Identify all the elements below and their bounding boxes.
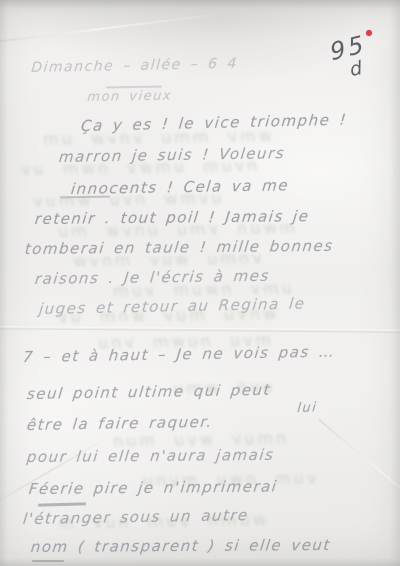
underline-stroke xyxy=(32,560,64,562)
paper-crease xyxy=(0,0,8,566)
letter-line: 7 – et à haut – Je ne vois pas … xyxy=(22,343,336,366)
paper-crease xyxy=(0,12,229,46)
letter-line-salutation: mon vieux xyxy=(87,89,173,106)
paper-crease xyxy=(0,0,400,16)
letter-line: être la faire raquer. xyxy=(26,413,214,434)
page-letter-annotation: d xyxy=(348,57,364,81)
red-dot-mark xyxy=(366,30,372,36)
paper-crease xyxy=(318,419,400,523)
letter-line: seul point ultime qui peut xyxy=(26,381,272,403)
paper-crease xyxy=(390,0,400,566)
letter-line-date: Dimanche – allée – 6 4 xyxy=(31,56,239,76)
letter-line: nom ( transparent ) si elle veut xyxy=(30,536,332,556)
letter-line: raisons . Je l'écris à mes xyxy=(34,267,271,288)
letter-line: pour lui elle n'aura jamais xyxy=(26,446,275,466)
letter-line: Féerie pire je n'imprimerai xyxy=(28,477,279,498)
letter-line: retenir . tout poil ! Jamais je xyxy=(34,207,311,228)
letter-line: tomberai en taule ! mille bonnes xyxy=(24,237,335,258)
underline-stroke xyxy=(38,502,86,506)
letter-line-superscript: lui xyxy=(297,400,318,416)
letter-line: Ça y es ! le vice triomphe ! xyxy=(80,110,348,135)
letter-scan-page: wmv mmu vnvw um nvum umwv nwm uv uvmw nv… xyxy=(0,0,400,566)
